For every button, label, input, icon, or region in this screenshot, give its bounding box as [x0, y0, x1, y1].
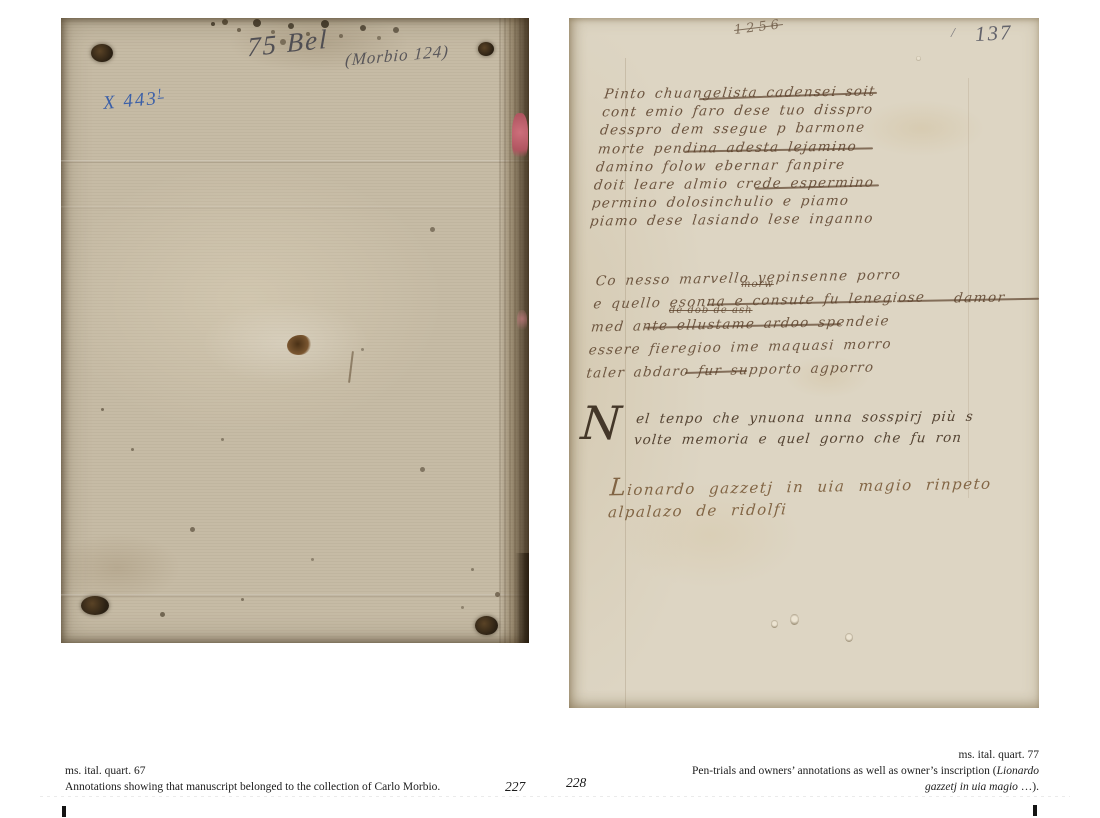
stray-pen-mark: / [951, 26, 955, 42]
book-spread-page: 75 Bel (Morbio 124) X 443! 1256 / 137 Pi… [0, 0, 1100, 818]
blue-shelfmark-text: X 443 [102, 88, 158, 114]
wormhole [916, 56, 921, 61]
scan-artifact-line [40, 796, 1070, 797]
corner-stain [81, 596, 109, 615]
wormhole [845, 633, 853, 642]
verse-block: el tenpo che ynuona unna sosspirj più s … [633, 407, 975, 451]
morbio-inscription: (Morbio 124) [345, 41, 450, 70]
pen-trial-numbers: 1256 [733, 17, 784, 38]
wormhole [771, 620, 778, 628]
headband-pink-patch [512, 113, 528, 161]
mold-speckles [211, 22, 215, 26]
wormhole [790, 614, 799, 625]
left-caption-description: Annotations showing that manuscript belo… [65, 779, 535, 795]
handwriting-line: desspro dem ssegue p barmone [599, 119, 885, 140]
corner-stain [475, 616, 498, 635]
blue-shelfmark-inscription: X 443! [102, 85, 165, 115]
right-manuscript-photo: 1256 / 137 Pinto chuangelista cadensei s… [569, 18, 1039, 708]
left-manuscript-photo: 75 Bel (Morbio 124) X 443! [61, 18, 529, 643]
handwriting-line: piamo dese lasiando lese inganno [589, 210, 875, 231]
blue-shelfmark-mark: ! [157, 85, 164, 99]
right-caption-shelfmark: ms. ital. quart. 77 [639, 747, 1039, 763]
printer-tick-mark-left [62, 806, 66, 817]
dark-edge [515, 553, 529, 643]
pen-trial-block-1: Pinto chuangelista cadensei soit cont em… [589, 82, 889, 231]
verse-initial: N [579, 400, 622, 446]
scatter-dots [101, 408, 104, 411]
page-number-left: 227 [505, 779, 525, 795]
right-figure-caption: ms. ital. quart. 77 Pen-trials and owner… [639, 747, 1039, 795]
folio-number: 137 [974, 20, 1013, 47]
owner-inscription: Lionardo gazzetj in uia magio rinpeto al… [607, 470, 992, 524]
shelfmark-inscription: 75 Bel [247, 24, 328, 64]
cover-crease [61, 206, 529, 209]
corner-stain [478, 42, 494, 56]
printer-tick-mark-right [1033, 805, 1037, 816]
right-caption-description-line2: Pen-trials and owners’ annotations as we… [639, 763, 1039, 779]
left-caption-shelfmark: ms. ital. quart. 67 [65, 763, 535, 779]
corner-stain [91, 44, 113, 62]
ink-blot [287, 335, 311, 355]
cover-crease [61, 160, 529, 163]
scratch-mark [348, 351, 354, 383]
interlinear-insertion: morw [741, 279, 774, 290]
handwriting-line: el tenpo che ynuona unna sosspirj più s [635, 407, 975, 430]
page-number-right: 228 [566, 775, 586, 791]
cover-crease [61, 594, 529, 597]
handwriting-line: volte memoria e quel gorno che fu ron [633, 428, 973, 451]
left-figure-caption: ms. ital. quart. 67 Annotations showing … [65, 763, 535, 795]
right-caption-description-line3: gazzetj in uia magio …). [639, 779, 1039, 795]
interlinear-insertion: de dob de ash [669, 305, 753, 316]
headband-pink-patch [517, 310, 527, 332]
